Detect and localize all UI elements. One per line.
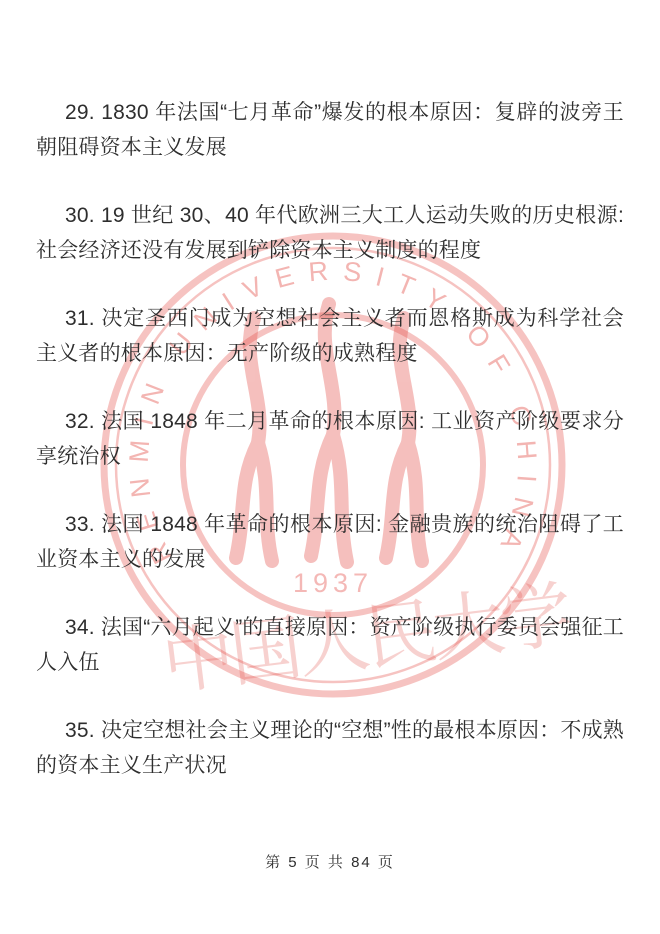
study-note-item-29: 29. 1830 年法国“七月革命”爆发的根本原因：复辟的波旁王朝阻碍资本主义发… [36,95,624,165]
study-note-item-33: 33. 法国 1848 年革命的根本原因: 金融贵族的统治阻碍了工业资本主义的发… [36,507,624,577]
study-note-item-34: 34. 法国“六月起义”的直接原因：资产阶级执行委员会强征工人入伍 [36,610,624,680]
study-note-item-30: 30. 19 世纪 30、40 年代欧洲三大工人运动失败的历史根源: 社会经济还… [36,198,624,268]
study-note-item-32: 32. 法国 1848 年二月革命的根本原因: 工业资产阶级要求分享统治权 [36,404,624,474]
page-number-footer: 第 5 页 共 84 页 [0,851,660,872]
document-page-content: 29. 1830 年法国“七月革命”爆发的根本原因：复辟的波旁王朝阻碍资本主义发… [36,0,624,816]
study-note-item-31: 31. 决定圣西门成为空想社会主义者而恩格斯成为科学社会主义者的根本原因：无产阶… [36,301,624,371]
study-note-item-35: 35. 决定空想社会主义理论的“空想”性的最根本原因：不成熟的资本主义生产状况 [36,713,624,783]
